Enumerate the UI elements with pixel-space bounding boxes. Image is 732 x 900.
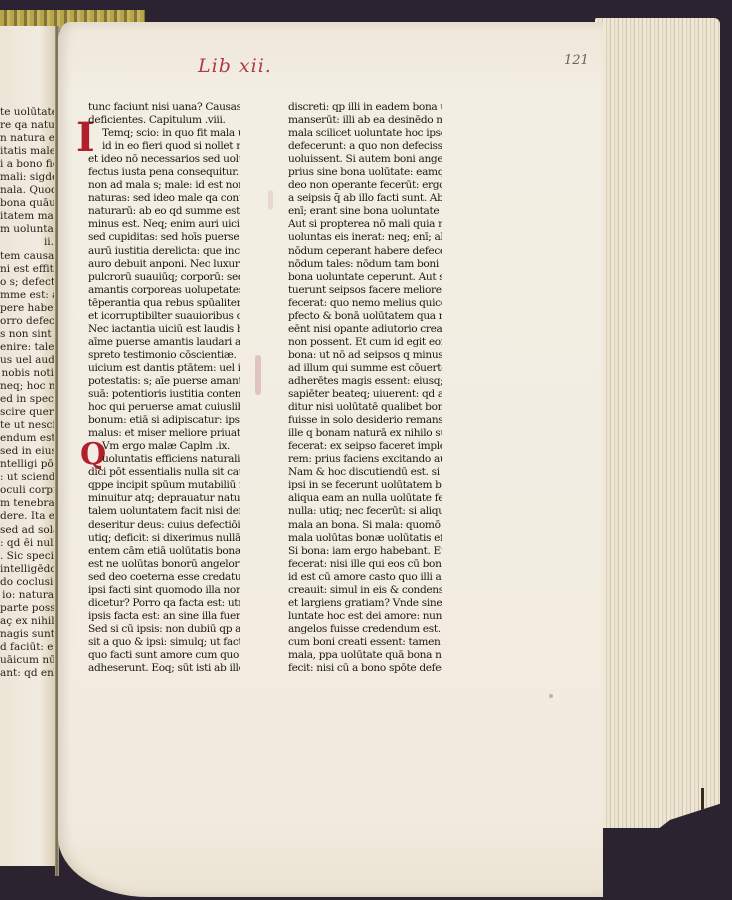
text-line: tunc faciunt nisi uana? Causas habent (88, 101, 240, 114)
text-line: aurū iustitia derelicta: que incōparabil… (88, 245, 240, 258)
text-line: tēperantia qua rebus spūaliter pulcriori… (88, 297, 240, 310)
page-edge-mark (701, 788, 704, 858)
text-line: sed ad solas (0, 524, 54, 537)
text-line: sed cupiditas: sed hoīs puerse amantis (88, 231, 240, 244)
text-line: aç ex nihilo (0, 615, 54, 628)
text-line: intelligēdo (0, 563, 54, 576)
faint-pink-offset-mark (268, 190, 273, 210)
text-line: i a bono fieri (0, 158, 54, 171)
text-line: prius sine bona uolūtate: eamq; in seips… (288, 166, 442, 179)
text-line: uāicum nūt (0, 654, 54, 667)
text-line: Sed si cū ipsis: non dubiū qp ab illo fa… (88, 623, 240, 636)
text-line: o s; defectio. (0, 276, 54, 289)
text-line: ed in speci (0, 393, 54, 406)
text-line: bona uoluntate ceperunt. Aut si non po- (288, 271, 442, 284)
text-line: rem: prius faciens excitando auidiorē? (288, 453, 442, 466)
text-line: aīme puerse amantis laudari ab hoībus: (88, 336, 240, 349)
text-line: ad illum qui summe est cōuerterentur: ei… (288, 362, 442, 375)
text-line: spreto testimonio cōscientiæ. Nec supbia (88, 349, 240, 362)
text-line: naturas: sed ideo male qa contra ordinē (88, 192, 240, 205)
text-line: bonum: etiā si adipiscatur: ipse fit in … (88, 414, 240, 427)
text-line: entem cām etiā uolūtatis bonæ: cauendū (88, 545, 240, 558)
text-line: hoc qui peruerse amat cuiuslibet naturæ (88, 401, 240, 414)
text-line: pfecto & bonā uolūtatem qua meliores (288, 310, 442, 323)
text-line: ille q bonam naturā ex nihilo sui capacē (288, 427, 442, 440)
text-line: dici pōt essentialis nulla sit causa: ab… (88, 466, 240, 479)
text-line: et largiens gratiam? Vnde sine bona uo- (288, 597, 442, 610)
text-line: . Sic species (0, 550, 54, 563)
text-line: : qd ēi nullo (0, 537, 54, 550)
text-line: ni est effitis (0, 263, 54, 276)
text-line: fecerat: ex seipso faceret implendo meli… (288, 440, 442, 453)
text-line: nulla: utiq; nec fecerūt: si aliqua: utr… (288, 505, 442, 518)
text-line: nala. Quod (0, 184, 54, 197)
text-line: non ad mala s; male: id est non ad malas (88, 179, 240, 192)
text-line: non possent. Et cum id egit eorū uolūtas (288, 336, 442, 349)
text-line: qppe incipit spūum mutabiliū malū quo (88, 479, 240, 492)
text-line: neq; hoc nisi (0, 380, 54, 393)
page-block-edge (595, 18, 720, 828)
text-line: io: natura (0, 589, 54, 602)
text-line: talem uoluntatem facit nisi defectio qua (88, 505, 240, 518)
text-line: tem causam (0, 250, 54, 263)
text-line: uoluntatis efficiens naturalis uel si (88, 453, 240, 466)
text-line: deseritur deus: cuius defectiōis etiā ca… (88, 519, 240, 532)
text-line: cum boni creati essent: tamen mali sunt: (288, 636, 442, 649)
text-line: endum est. (0, 432, 54, 445)
text-line: m tenebras (0, 497, 54, 510)
text-line: bona quāuis (0, 197, 54, 210)
text-line: aliqua eam an nulla uolūtate fecerunt. s… (288, 492, 442, 505)
text-line: ipsi facti sint quomodo illa non esse fa… (88, 584, 240, 597)
text-line: est ne uolūtas bonorū angelorū non facta (88, 558, 240, 571)
text-line: parte posse (0, 602, 54, 615)
text-line: et ideo nō necessarios sed uolūtarios de… (88, 153, 240, 166)
text-line: ii. (0, 236, 54, 249)
text-line: ditur nisi uolūtatē qualibet bonā: inopē (288, 401, 442, 414)
text-line: pere habere (0, 302, 54, 315)
text-line: uoluntas eis inerat: neq; enī; ab ea qua… (288, 231, 442, 244)
rubricated-initial-i: I (76, 118, 86, 158)
text-line: dere. Ita enī (0, 510, 54, 523)
folio-number: 121 (564, 53, 589, 68)
text-line: id in eo fieri quod si nollet non fieret… (88, 140, 240, 153)
text-line: ipsi in se fecerunt uolūtatem bonam: utr… (288, 479, 442, 492)
text-line: enī; erant sine bona uoluntate nisi mali… (288, 205, 442, 218)
text-line: n natura est. (0, 132, 54, 145)
text-line: ipsis facta est: an sine illa fuerunt pr… (88, 610, 240, 623)
text-line: itatem malā (0, 210, 54, 223)
text-line: nōdum ceperant habere defecerāt: certe (288, 245, 442, 258)
text-line: defecerunt: a quo non defecissent si uti… (288, 140, 442, 153)
text-line: discreti: qp illi in eadem bona uoluntat… (288, 101, 442, 114)
text-line: uicium est dantis ptātem: uel ipsius eti… (88, 362, 240, 375)
text-line: minus est. Neq; enim auri uiciū est auar… (88, 218, 240, 231)
paper-speck (549, 694, 553, 698)
text-line: deficientes. Capitulum .viii. (88, 114, 240, 127)
text-line: fecerat: nisi ille qui eos cū bona uolūt… (288, 558, 442, 571)
text-line: adherētes magis essent: eiusq; pticipatō… (288, 375, 442, 388)
text-line: enire: tale ē (0, 341, 54, 354)
text-line: suā: potentioris iustitia contempta. Ac … (88, 388, 240, 401)
text-line: sed in eius (0, 445, 54, 458)
text-line: d faciūt: eā (0, 641, 54, 654)
text-line: nobis noti (0, 367, 54, 380)
text-line: s non sint ut (0, 328, 54, 341)
text-line: et icorruptibilter suauioribus coaptamur… (88, 310, 240, 323)
text-line: us uel audire (0, 354, 54, 367)
text-line: pulcrorū suauiūq; corporū: sed aīe puers… (88, 271, 240, 284)
text-line: malus: et miser meliore priuatus. (88, 427, 240, 440)
text-line: sed deo coeterna esse credatur. Cum enim (88, 571, 240, 584)
text-line: mala an bona. Si mala: quomō potuit eē (288, 519, 442, 532)
text-line: fuisse in solo desiderio remansuram: nis… (288, 414, 442, 427)
left-page-text: te uolūtatemre qa naturan natura est.ita… (0, 106, 54, 680)
text-line: amantis corporeas uolupetates: neglecta (88, 284, 240, 297)
text-line: Nam & hoc discutiendū est. si boni angli (288, 466, 442, 479)
text-line: mala scilicet uoluntate hoc ipso qp a bo… (288, 127, 442, 140)
text-line: angelos fuisse credendum est. Isti autē … (288, 623, 442, 636)
text-line: m uoluntatē (0, 223, 54, 236)
text-line: fecit: nisi cū a bono spōte defecit: ut … (288, 662, 442, 675)
text-line: manserūt: illi ab ea desinēdo mutati sūt… (288, 114, 442, 127)
text-line: quo facti sunt amore cum quo facti sunt (88, 649, 240, 662)
text-line: a seipsis q̄ ab illo facti sunt. Absit. … (288, 192, 442, 205)
text-line: fecerat: quo nemo melius quicq̄m facit: (288, 297, 442, 310)
text-line: scire querat: (0, 406, 54, 419)
text-line: Si bona: iam ergo habebant. Et istam qs (288, 545, 442, 558)
text-line: mme est: ad (0, 289, 54, 302)
text-line: te ut nesciēt (0, 419, 54, 432)
text-line: naturarū: ab eo qd summe est ad id quod (88, 205, 240, 218)
text-line: Temq; scio: in quo fit mala uolūtas: (88, 127, 240, 140)
text-line: sapiēter beateq; uiuerent: qd aliud ostē… (288, 388, 442, 401)
text-line: ntelligi pōt: (0, 458, 54, 471)
text-line: Aut si propterea nō mali quia nec mala (288, 218, 442, 231)
text-column-right: discreti: qp illi in eadem bona uoluntat… (288, 101, 442, 675)
text-line: luntate hoc est dei amore: nunq̄ sanctos (288, 610, 442, 623)
text-line: : ut sciendo (0, 471, 54, 484)
text-line: dicetur? Porro qa facta est: utrum cum (88, 597, 240, 610)
text-line: oculi corpi (0, 484, 54, 497)
text-line: nagis sunt (0, 628, 54, 641)
text-line: ant: qd enī; (0, 667, 54, 680)
text-line: utiq; deficit: si dixerimus nullā esse e… (88, 532, 240, 545)
text-line: mali: sigdem (0, 171, 54, 184)
text-line: minuitur atq; deprauatur naturæ bonū: ne… (88, 492, 240, 505)
faint-red-offset-mark (255, 355, 261, 395)
text-line: bona: ut nō ad seipsos q minus erant: se… (288, 349, 442, 362)
text-line: deo non operante fecerūt: ergo meliores (288, 179, 442, 192)
text-column-left: tunc faciunt nisi uana? Causas habentdef… (88, 101, 240, 675)
running-head: Lib xii. (198, 55, 272, 77)
text-line: potestatis: s; aīe puerse amantis ptātem (88, 375, 240, 388)
text-line: mala uolūtas bonæ uolūtatis effectrix? (288, 532, 442, 545)
text-line: uoluissent. Si autem boni angeli fuerunt (288, 153, 442, 166)
text-line: nōdum tales: nōdum tam boni q̄ esse cum (288, 258, 442, 271)
text-line: orro defecti (0, 315, 54, 328)
text-line: tuerunt seipsos facere meliores q̄ eos i… (288, 284, 442, 297)
text-line: te uolūtatem (0, 106, 54, 119)
text-line: sit a quo & ipsi: simulq; ut facti sunt:… (88, 636, 240, 649)
text-line: re qa natura (0, 119, 54, 132)
text-line: auro debuit anponi. Nec luxuria ē uiciū (88, 258, 240, 271)
text-line: creauit: simul in eis & condens naturam (288, 584, 442, 597)
text-line: eēnt nisi opante adiutorio creatoris hēr… (288, 323, 442, 336)
text-line: id est cū amore casto quo illi adhereren… (288, 571, 442, 584)
text-line: adheserunt. Eoq; sūt isti ab illorū sone… (88, 662, 240, 675)
text-line: itatis male: (0, 145, 54, 158)
text-line: fectus iusta pena consequitur. Deficitur… (88, 166, 240, 179)
left-page: te uolūtatemre qa naturan natura est.ita… (0, 26, 56, 866)
text-line: mala, ppa uolūtate quā bona natura non (288, 649, 442, 662)
text-line: Vm ergo malæ Caplm .ix. (88, 440, 240, 453)
text-line: Nec iactantia uiciū est laudis hūane: se… (88, 323, 240, 336)
text-line: do coclusio (0, 576, 54, 589)
